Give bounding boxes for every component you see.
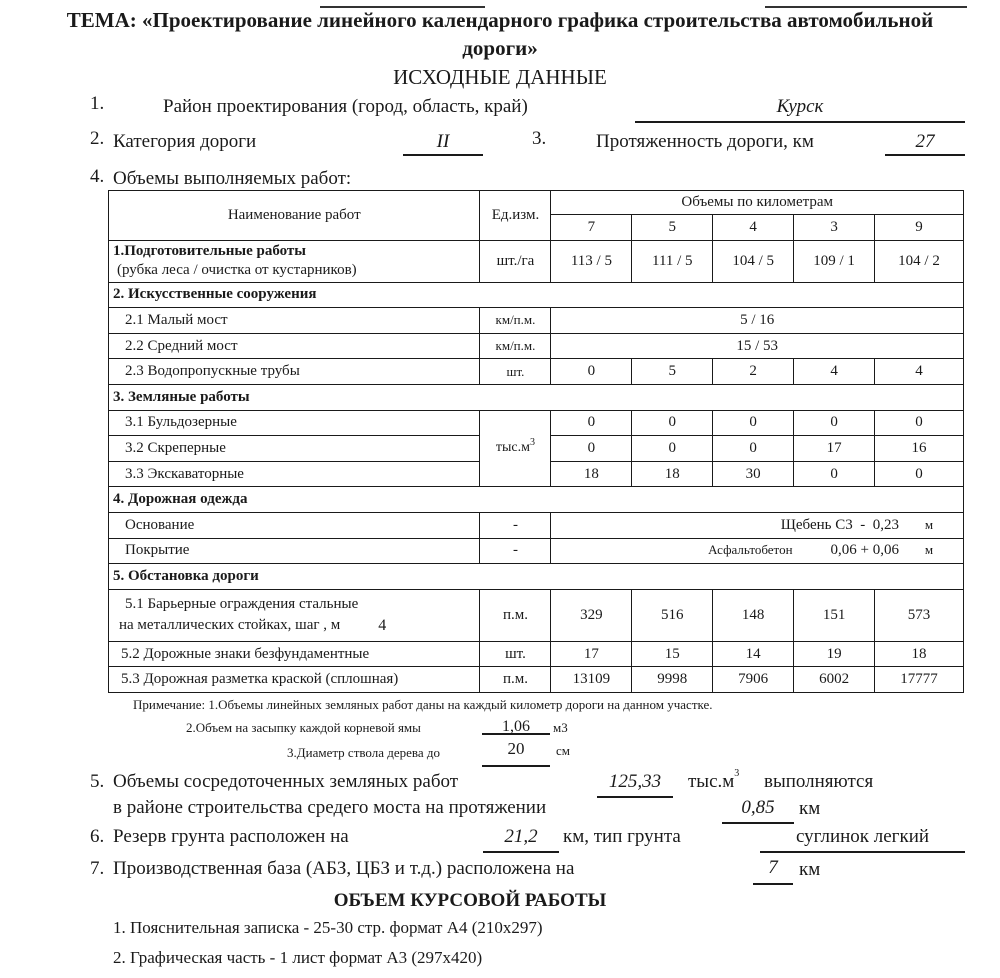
barrier-name: 5.1 Барьерные ограждения стальные на мет… [109,589,480,641]
cell: 18 [551,461,632,487]
barrier-line2: на металлических стойках, шаг , м [119,615,340,636]
table-row: 2.1 Малый мост км/п.м. 5 / 16 [109,308,964,334]
road-category-underline [403,154,483,156]
cell: 0 [551,436,632,462]
section-row: 3. Земляные работы [109,384,964,410]
surface-cell: Асфальтобетон 0,06 + 0,06 м [551,538,964,564]
cell: 111 / 5 [632,240,713,282]
cell: 5 [632,359,713,385]
row-label: Основание [109,512,480,538]
cell: 17777 [875,667,964,693]
section-structures: 2. Искусственные сооружения [109,282,964,308]
item5-number: 5. [90,771,104,793]
row-unit: - [480,512,551,538]
cell: 9998 [632,667,713,693]
item4-label: Объемы выполняемых работ: [113,168,351,190]
earth-unit-text: тыс.м [496,440,530,455]
row-label: 5.3 Дорожная разметка краской (сплошная) [109,667,480,693]
soil-reserve-distance-value[interactable]: 21,2 [483,826,559,848]
item1-number: 1. [90,93,104,115]
table-row: Покрытие - Асфальтобетон 0,06 + 0,06 м [109,538,964,564]
base-m: м [899,517,959,534]
item6-number: 6. [90,826,104,848]
cell: 18 [632,461,713,487]
cell: 4 [794,359,875,385]
cell: 6002 [794,667,875,693]
row-unit: п.м. [480,589,551,641]
surface-material: Асфальтобетон [708,542,792,559]
cell: 15 [632,641,713,667]
section-pavement: 4. Дорожная одежда [109,487,964,513]
concentrated-earthworks-value[interactable]: 125,33 [597,771,673,793]
scope-title: ОБЪЕМ КУРСОВОЙ РАБОТЫ [0,890,940,912]
table-row: Основание - Щебень С3 - 0,23 м [109,512,964,538]
km-col: 5 [632,215,713,241]
cell: 151 [794,589,875,641]
item5-line2: в районе строительства средего моста на … [113,797,546,819]
prep-works-name: 1.Подготовительные работы (рубка леса / … [109,240,480,282]
item7-unit: км [799,859,820,881]
header-km-volumes: Объемы по километрам [551,191,964,215]
section-earthworks: 3. Земляные работы [109,384,964,410]
table-row: 1.Подготовительные работы (рубка леса / … [109,240,964,282]
table-header-row: Наименование работ Ед.изм. Объемы по кил… [109,191,964,215]
header-unit: Ед.изм. [480,191,551,241]
cell: 113 / 5 [551,240,632,282]
earth-unit: тыс.м3 [480,410,551,487]
row-label: Покрытие [109,538,480,564]
cell: 0 [632,410,713,436]
item5-unit: тыс.м3 [688,771,739,793]
note-3-unit: см [556,743,570,759]
cell: 0 [875,461,964,487]
row-label: 5.2 Дорожные знаки безфундаментные [109,641,480,667]
section-furnishing: 5. Обстановка дороги [109,564,964,590]
item6-label: Резерв грунта расположен на [113,826,349,848]
item5-tail: выполняются [764,771,873,793]
section-row: 5. Обстановка дороги [109,564,964,590]
cell: 104 / 5 [713,240,794,282]
item2-number: 2. [90,128,104,150]
cell: 109 / 1 [794,240,875,282]
cell: 17 [551,641,632,667]
table-row: 2.3 Водопропускные трубы шт. 0 5 2 4 4 [109,359,964,385]
table-row: 5.3 Дорожная разметка краской (сплошная)… [109,667,964,693]
table-row: 5.1 Барьерные ограждения стальные на мет… [109,589,964,641]
row-label: 3.2 Скреперные [109,436,480,462]
earth-unit-sup: 3 [530,437,535,448]
row-label: 3.3 Экскаваторные [109,461,480,487]
cell: 19 [794,641,875,667]
works-table: Наименование работ Ед.изм. Объемы по кил… [108,190,964,693]
cell: 329 [551,589,632,641]
row-unit: шт. [480,359,551,385]
note-3-label: 3.Диаметр ствола дерева до [287,745,440,761]
cell: 5 / 16 [551,308,964,334]
cell: 0 [632,436,713,462]
item4-number: 4. [90,166,104,188]
surface-value: 0,06 + 0,06 [831,542,899,559]
item3-label: Протяженность дороги, км [596,131,814,153]
km-col: 9 [875,215,964,241]
cell: 7906 [713,667,794,693]
section-row: 4. Дорожная одежда [109,487,964,513]
cell: 0 [551,410,632,436]
prep-title: 1.Подготовительные работы [113,242,475,261]
km-col: 7 [551,215,632,241]
cell: 2 [713,359,794,385]
cell: 148 [713,589,794,641]
trunk-diameter-value[interactable]: 20 [482,739,550,759]
theme-title: ТЕМА: «Проектирование линейного календар… [0,8,1000,33]
cell: 0 [713,436,794,462]
production-base-distance-value[interactable]: 7 [753,857,793,879]
cell: 516 [632,589,713,641]
scope-line-2: 2. Графическая часть - 1 лист формат А3 … [113,948,482,968]
region-underline [635,121,965,123]
table-row: 2.2 Средний мост км/п.м. 15 / 53 [109,333,964,359]
base-value: Щебень С3 - 0,23 [781,517,899,534]
table-row: 5.2 Дорожные знаки безфундаментные шт. 1… [109,641,964,667]
table-row: 3.1 Бульдозерные тыс.м3 0 0 0 0 0 [109,410,964,436]
note-1: Примечание: 1.Объемы линейных земляных р… [133,697,713,713]
row-label: 3.1 Бульдозерные [109,410,480,436]
item5-unit-text: тыс.м [688,771,734,792]
road-length-value[interactable]: 27 [885,131,965,153]
cell: 14 [713,641,794,667]
item5-label: Объемы сосредоточенных земляных работ [113,771,458,793]
cell: 13109 [551,667,632,693]
cell: 0 [794,410,875,436]
row-label: 2.2 Средний мост [109,333,480,359]
root-pit-volume-underline [482,733,550,735]
theme-title-cont: дороги» [0,36,1000,61]
cell: 573 [875,589,964,641]
cell: 17 [794,436,875,462]
item6-mid: км, тип грунта [563,826,681,848]
cell: 0 [794,461,875,487]
section-row: 2. Искусственные сооружения [109,282,964,308]
cell: 15 / 53 [551,333,964,359]
item7-label: Производственная база (АБЗ, ЦБЗ и т.д.) … [113,858,574,880]
region-value[interactable]: Курск [635,96,965,118]
km-col: 4 [713,215,794,241]
surface-m: м [899,542,959,559]
row-unit: п.м. [480,667,551,693]
km-col: 3 [794,215,875,241]
scope-line-1: 1. Пояснительная записка - 25-30 стр. фо… [113,918,543,938]
item7-number: 7. [90,858,104,880]
item3-number: 3. [532,128,546,150]
row-unit: км/п.м. [480,333,551,359]
cell: 104 / 2 [875,240,964,282]
base-cell: Щебень С3 - 0,23 м [551,512,964,538]
barrier-line1: 5.1 Барьерные ограждения стальные [113,594,475,615]
trunk-diameter-underline [482,765,550,767]
item5-unit-sup: 3 [734,768,739,779]
concentrated-earthworks-underline [597,796,673,798]
road-category-value[interactable]: II [403,131,483,153]
soil-type-underline [760,851,965,853]
cell: 0 [713,410,794,436]
prep-unit: шт./га [480,240,551,282]
row-unit: км/п.м. [480,308,551,334]
cell: 30 [713,461,794,487]
row-unit: - [480,538,551,564]
road-length-underline [885,154,965,156]
row-label: 2.3 Водопропускные трубы [109,359,480,385]
cell: 16 [875,436,964,462]
bridge-length-value[interactable]: 0,85 [722,797,794,819]
cell: 0 [875,410,964,436]
item1-label: Район проектирования (город, область, кр… [163,96,528,118]
cell: 0 [551,359,632,385]
cell: 4 [875,359,964,385]
production-base-distance-underline [753,883,793,885]
item2-label: Категория дороги [113,131,256,153]
row-label: 2.1 Малый мост [109,308,480,334]
prep-sub: (рубка леса / очистка от кустарников) [113,261,475,280]
note-2-label: 2.Объем на засыпку каждой корневой ямы [186,720,421,736]
cell: 18 [875,641,964,667]
header-work-name: Наименование работ [109,191,480,241]
item5-unit2: км [799,798,820,820]
section-title: ИСХОДНЫЕ ДАННЫЕ [0,65,1000,90]
soil-type-value[interactable]: суглинок легкий [760,826,965,848]
row-unit: шт. [480,641,551,667]
soil-reserve-distance-underline [483,851,559,853]
barrier-step: 4 [378,615,386,636]
bridge-length-underline [722,822,794,824]
note-2-unit: м3 [553,720,568,736]
